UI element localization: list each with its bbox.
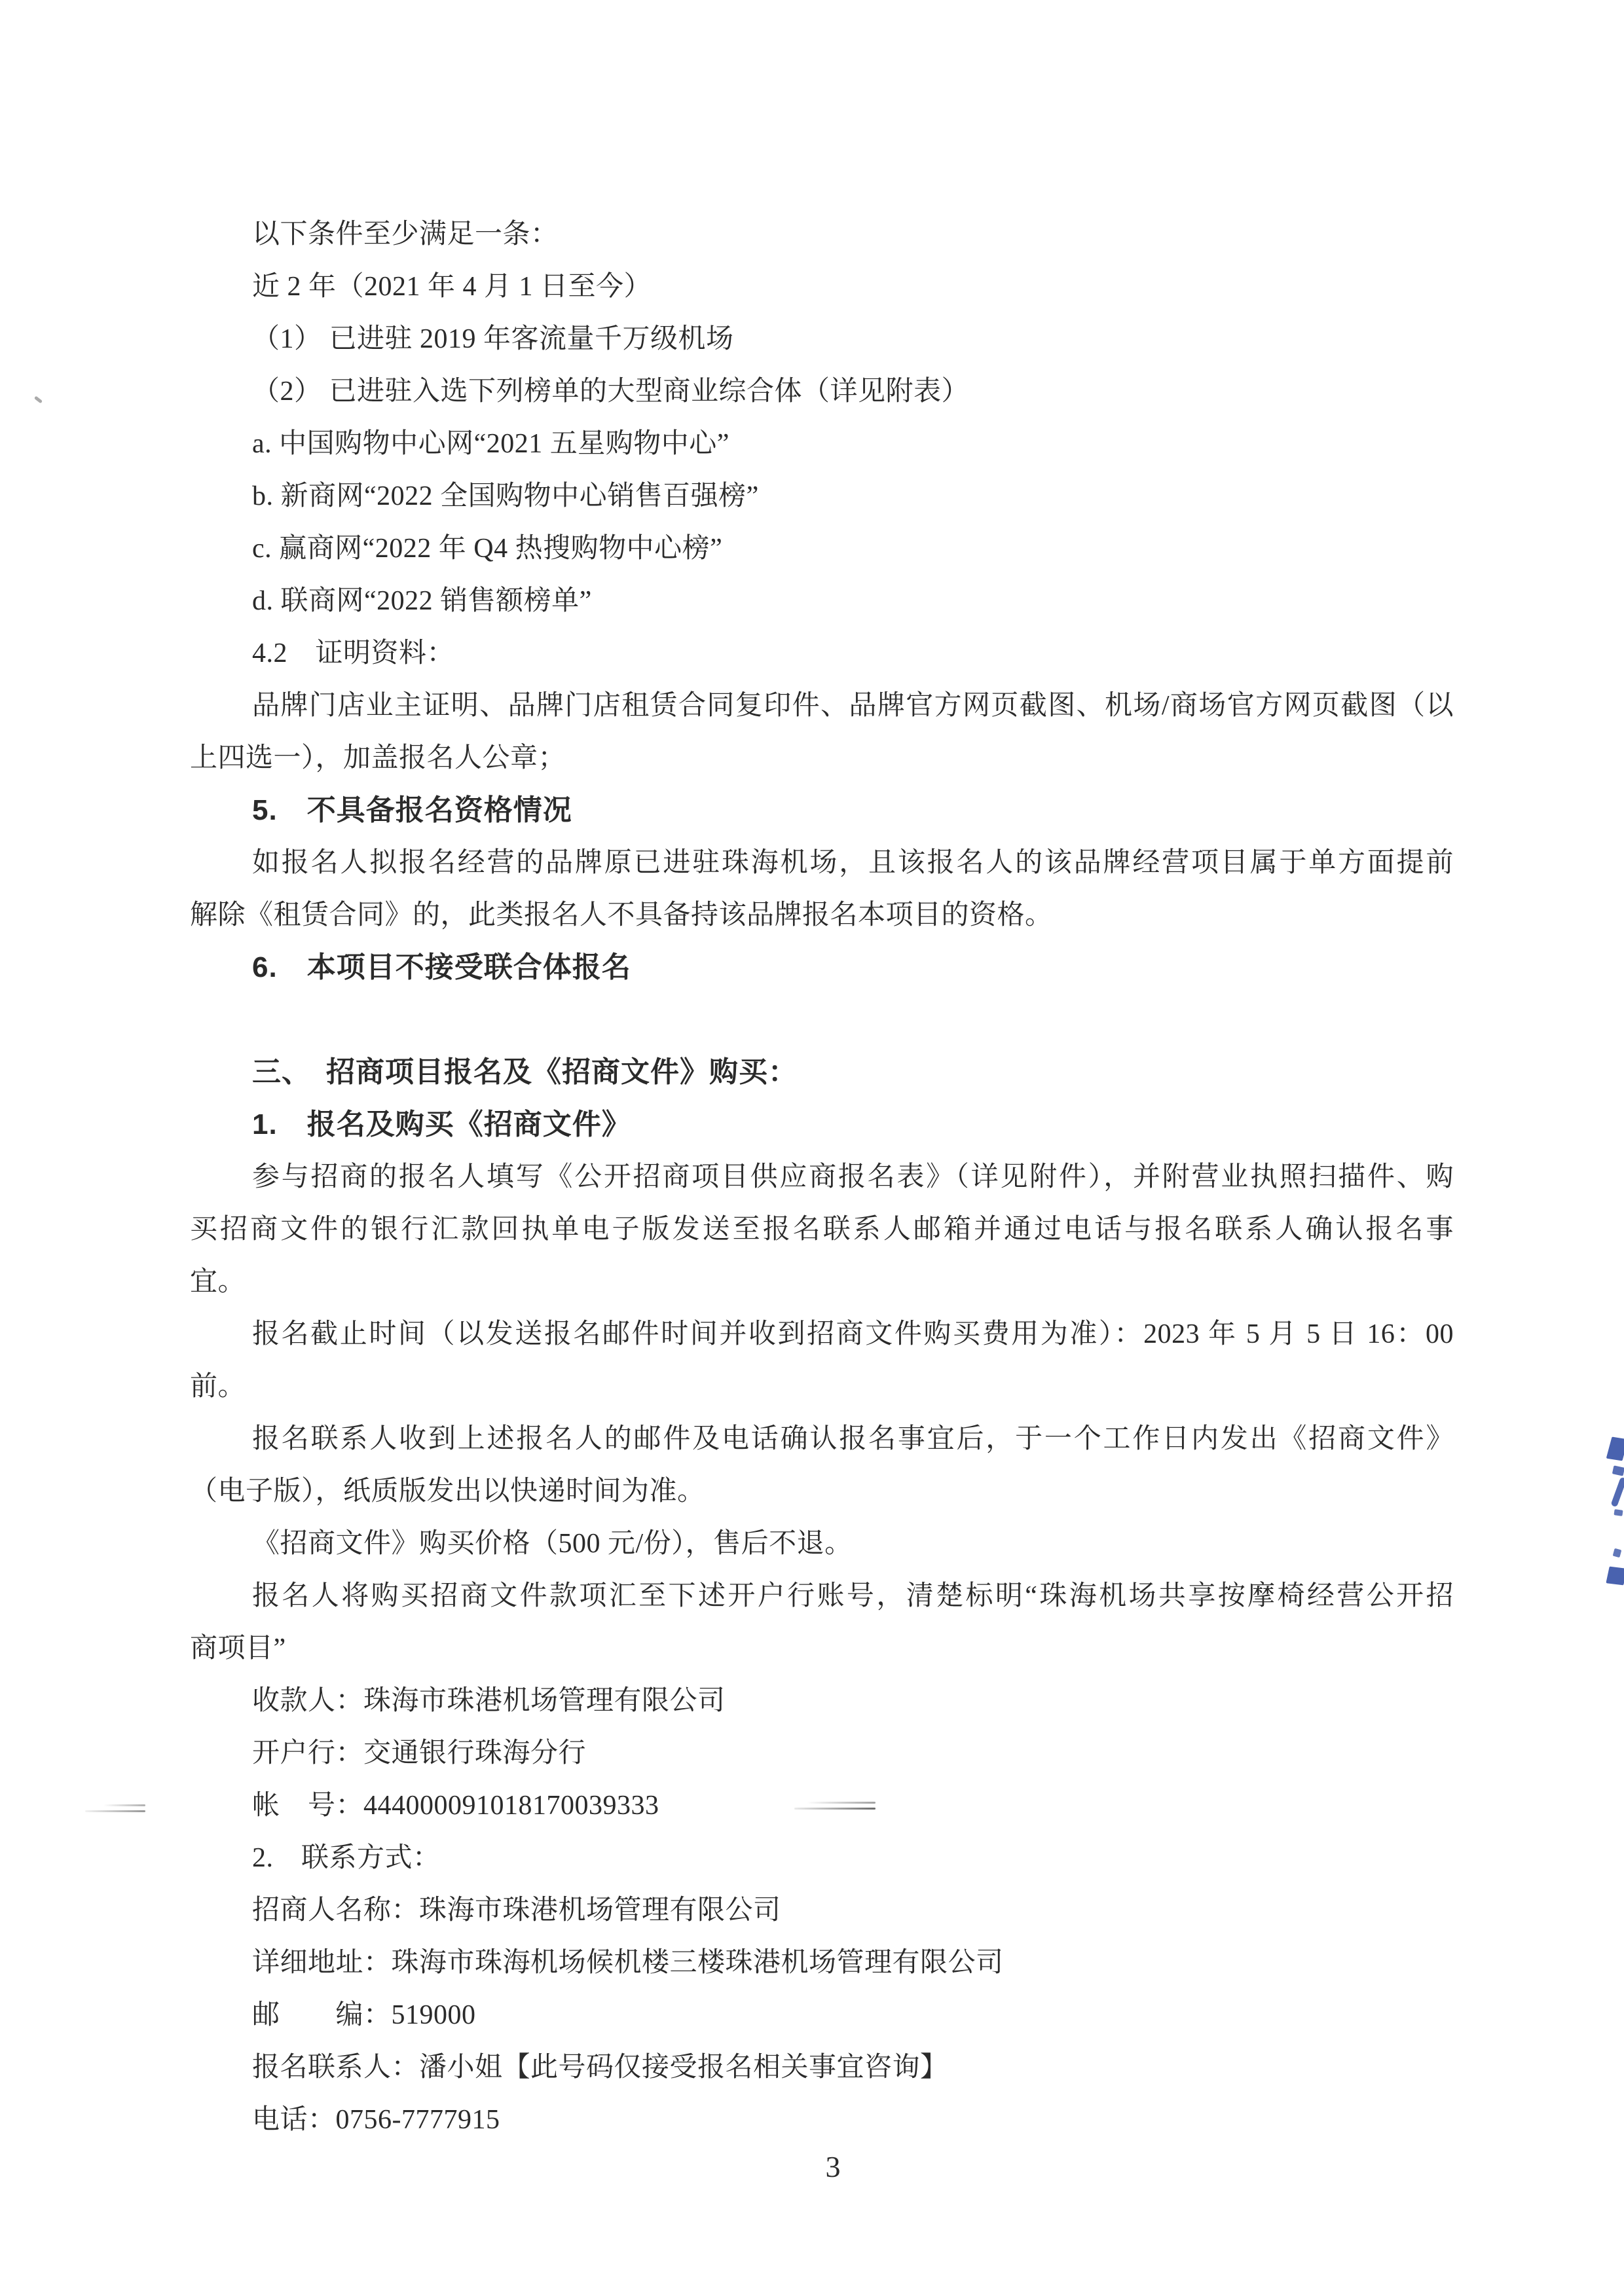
- text-line: 解除《租赁合同》的，此类报名人不具备持该品牌报名本项目的资格。: [190, 889, 1454, 941]
- blank-line: [190, 994, 1454, 1046]
- text-line: b. 新商网“2022 全国购物中心销售百强榜”: [190, 470, 1454, 522]
- stamp-mark: [1606, 1437, 1624, 1461]
- text-line: a. 中国购物中心网“2021 五星购物中心”: [190, 418, 1454, 470]
- text-line: 三、 招商项目报名及《招商文件》购买：: [190, 1046, 1454, 1099]
- text-line: （1） 已进驻 2019 年客流量千万级机场: [190, 313, 1454, 365]
- text-line: 上四选一），加盖报名人公章；: [190, 732, 1454, 784]
- text-line: 招商人名称：珠海市珠港机场管理有限公司: [190, 1884, 1454, 1937]
- text-line: d. 联商网“2022 销售额榜单”: [190, 575, 1454, 627]
- text-line: 2. 联系方式：: [190, 1832, 1454, 1884]
- text-line: 6. 本项目不接受联合体报名: [190, 941, 1454, 994]
- text-line: 4.2 证明资料：: [190, 627, 1454, 680]
- blue-stamp-fragment: [1603, 1438, 1624, 1588]
- text-line: 收款人：珠海市珠港机场管理有限公司: [190, 1675, 1454, 1727]
- text-line: （电子版），纸质版发出以快递时间为准。: [190, 1465, 1454, 1518]
- stamp-mark: [1606, 1567, 1624, 1586]
- text-line: 买招商文件的银行汇款回执单电子版发送至报名联系人邮箱并通过电话与报名联系人确认报…: [190, 1203, 1454, 1256]
- scan-smudge-center: [794, 1802, 876, 1810]
- stamp-mark: [1610, 1477, 1624, 1508]
- text-line: 报名截止时间（以发送报名邮件时间并收到招商文件购买费用为准）：2023 年 5 …: [190, 1308, 1454, 1360]
- text-line: 报名联系人收到上述报名人的邮件及电话确认报名事宜后，于一个工作日内发出《招商文件…: [190, 1413, 1454, 1465]
- text-line: 《招商文件》购买价格（500 元/份），售后不退。: [190, 1518, 1454, 1570]
- text-line: 1. 报名及购买《招商文件》: [190, 1099, 1454, 1151]
- text-line: 报名联系人：潘小姐【此号码仅接受报名相关事宜咨询】: [190, 2041, 1454, 2094]
- text-line: 5. 不具备报名资格情况: [190, 784, 1454, 837]
- stamp-mark: [1614, 1509, 1623, 1516]
- stamp-mark: [1612, 1465, 1624, 1476]
- text-line: 参与招商的报名人填写《公开招商项目供应商报名表》（详见附件），并附营业执照扫描件…: [190, 1151, 1454, 1203]
- scan-smudge-left: [85, 1804, 145, 1812]
- text-line: 如报名人拟报名经营的品牌原已进驻珠海机场，且该报名人的该品牌经营项目属于单方面提…: [190, 837, 1454, 889]
- stamp-mark: [1613, 1548, 1622, 1558]
- scan-speck-artifact: [34, 396, 43, 404]
- text-line: c. 赢商网“2022 年 Q4 热搜购物中心榜”: [190, 522, 1454, 575]
- text-line: 前。: [190, 1360, 1454, 1413]
- document-page: 以下条件至少满足一条：近 2 年（2021 年 4 月 1 日至今）（1） 已进…: [0, 0, 1624, 2296]
- text-block: 以下条件至少满足一条：近 2 年（2021 年 4 月 1 日至今）（1） 已进…: [190, 208, 1454, 2146]
- text-line: 商项目”: [190, 1622, 1454, 1675]
- text-line: （2） 已进驻入选下列榜单的大型商业综合体（详见附表）: [190, 365, 1454, 418]
- page-number: 3: [817, 2150, 849, 2184]
- text-line: 电话：0756-7777915: [190, 2094, 1454, 2146]
- text-line: 品牌门店业主证明、品牌门店租赁合同复印件、品牌官方网页截图、机场/商场官方网页截…: [190, 680, 1454, 732]
- text-line: 详细地址：珠海市珠海机场候机楼三楼珠港机场管理有限公司: [190, 1937, 1454, 1989]
- text-line: 近 2 年（2021 年 4 月 1 日至今）: [190, 261, 1454, 313]
- text-line: 邮 编：519000: [190, 1989, 1454, 2041]
- text-line: 以下条件至少满足一条：: [190, 208, 1454, 261]
- text-line: 报名人将购买招商文件款项汇至下述开户行账号，清楚标明“珠海机场共享按摩椅经营公开…: [190, 1570, 1454, 1622]
- text-line: 宜。: [190, 1256, 1454, 1308]
- text-line: 开户行：交通银行珠海分行: [190, 1727, 1454, 1779]
